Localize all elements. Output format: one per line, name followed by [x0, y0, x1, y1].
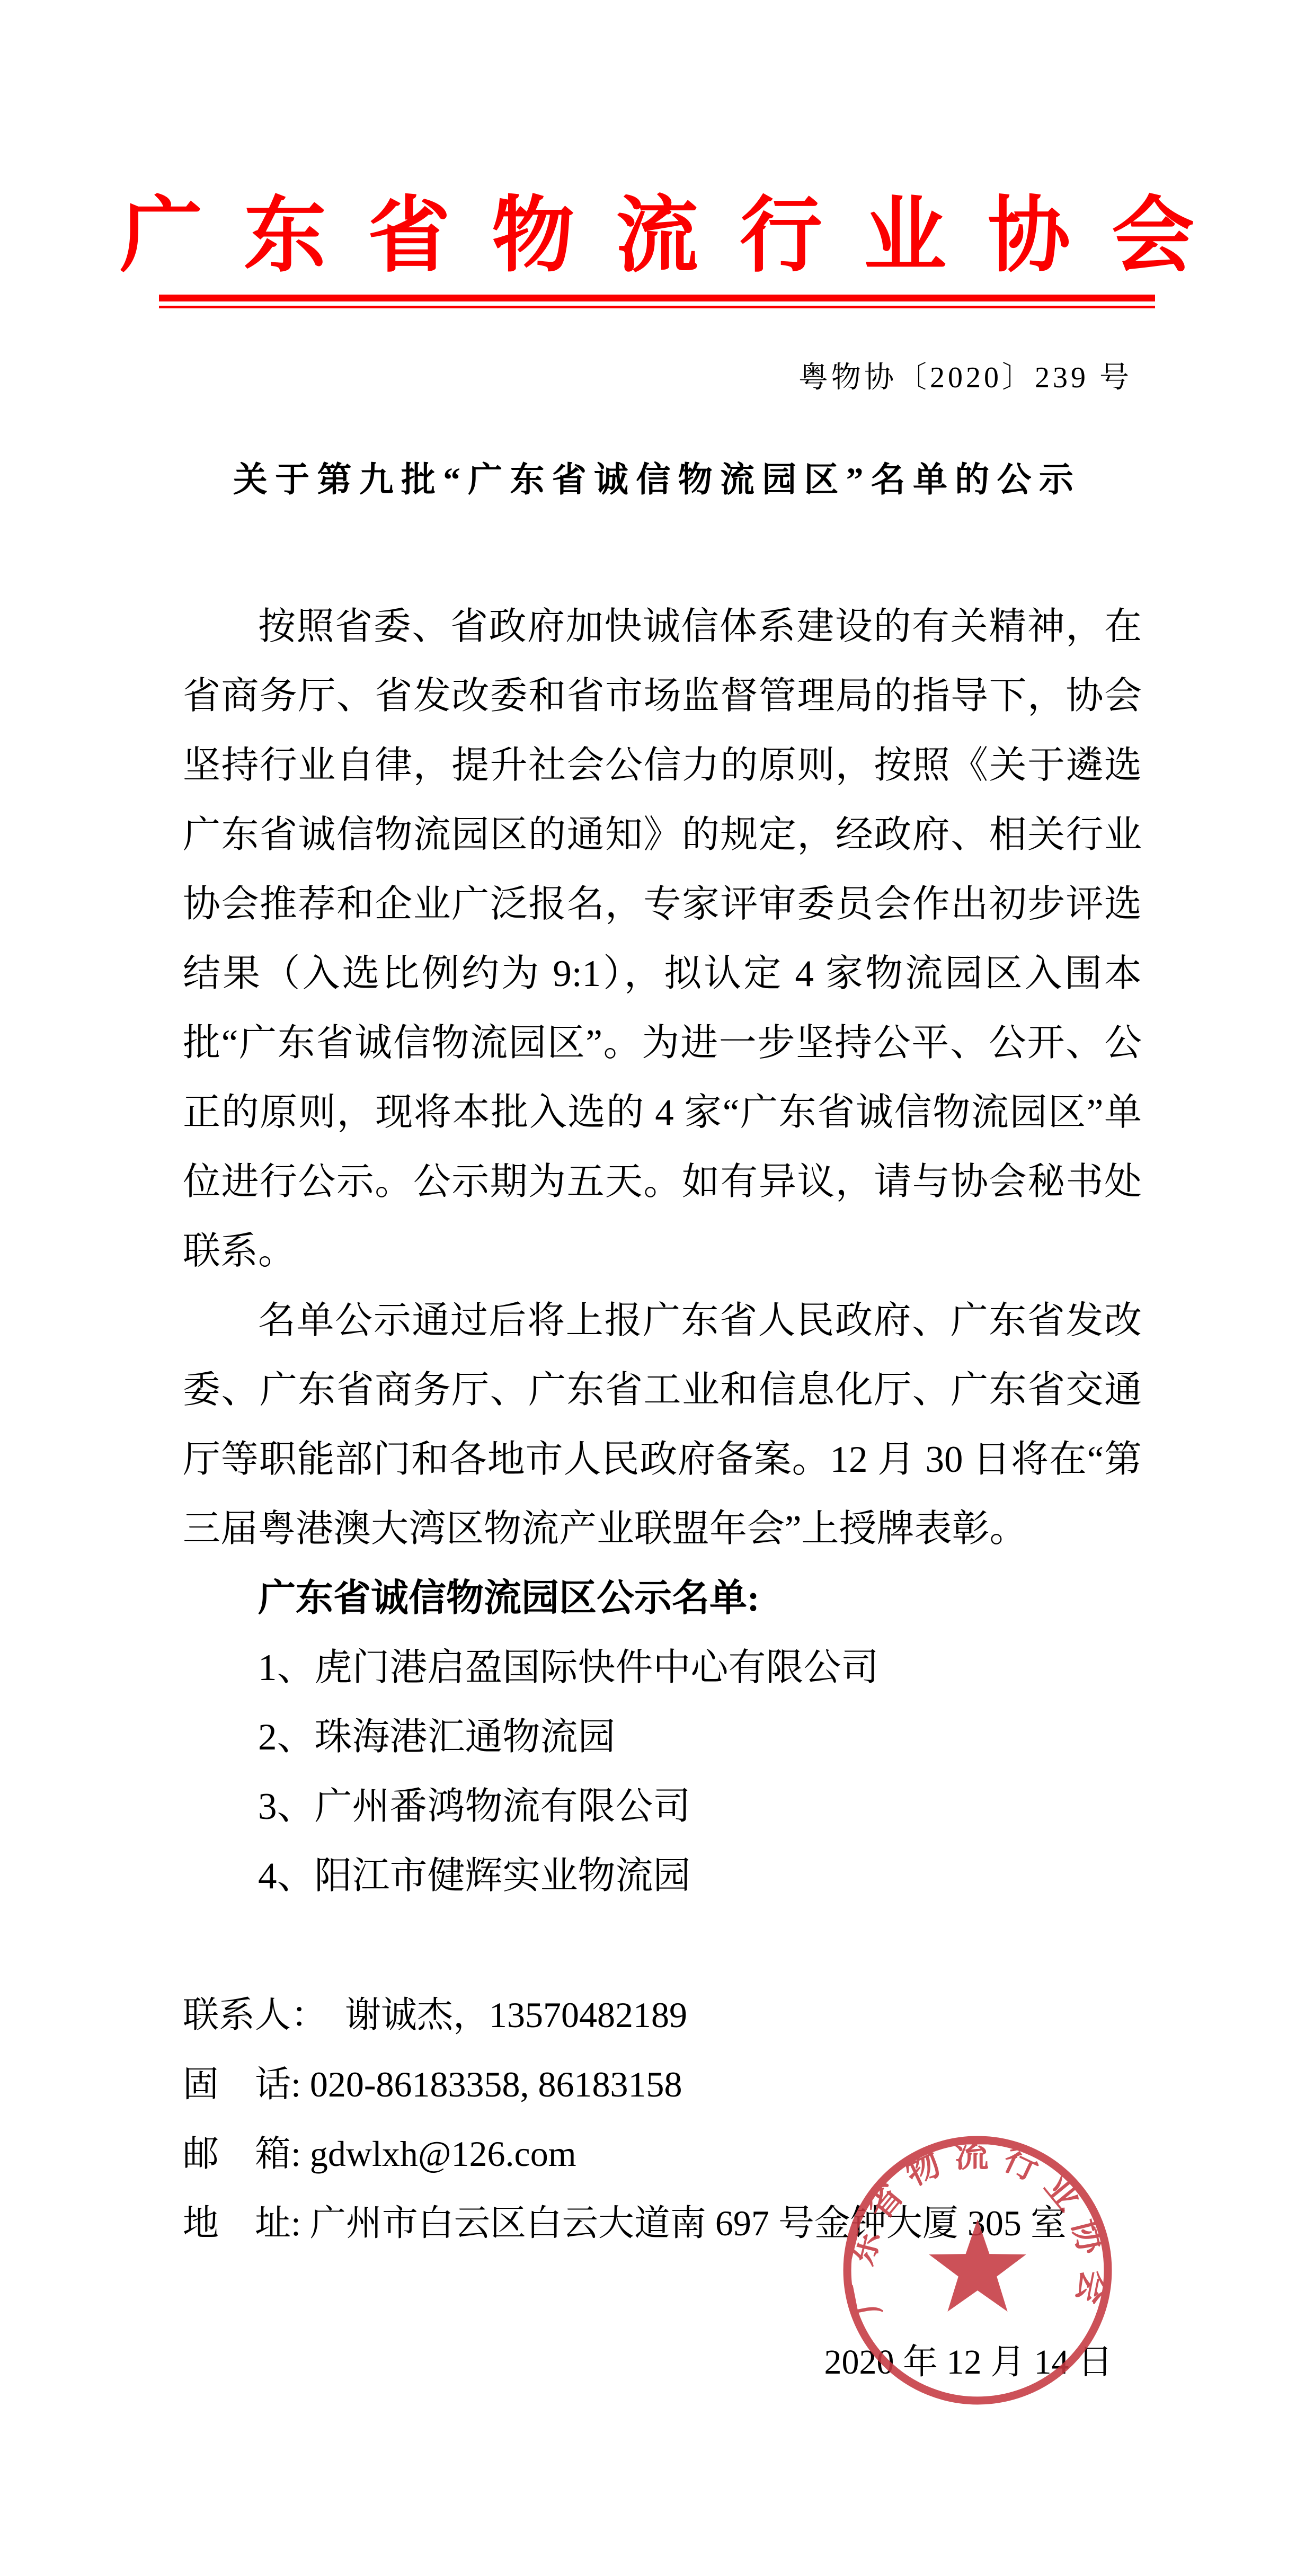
list-item-3: 3、广州番鸿物流有限公司 [183, 1772, 1142, 1842]
blank-line [183, 1911, 1142, 1980]
paragraph-1: 按照省委、省政府加快诚信体系建设的有关精神，在省商务厅、省发改委和省市场监督管理… [183, 592, 1142, 1286]
doc-number: 粤物协〔2020〕239 号 [798, 354, 1132, 396]
list-item-4: 4、阳江市健辉实业物流园 [183, 1842, 1142, 1911]
document-body: 按照省委、省政府加快诚信体系建设的有关精神，在省商务厅、省发改委和省市场监督管理… [183, 592, 1142, 2397]
org-title: 广东省物流行业协会 [0, 168, 1314, 288]
paragraph-2: 名单公示通过后将上报广东省人民政府、广东省发改委、广东省商务厅、广东省工业和信息… [183, 1286, 1142, 1564]
contact-phone: 固 话: 020-86183358, 86183158 [183, 2050, 1142, 2119]
contact-person: 联系人： 谢诚杰，13570482189 [183, 1980, 1142, 2050]
list-item-2: 2、珠海港汇通物流园 [183, 1703, 1142, 1772]
list-heading: 广东省诚信物流园区公示名单: [183, 1564, 1142, 1633]
contact-address: 地 址: 广州市白云区白云大道南 697 号金钟大厦 305 室 [183, 2189, 1142, 2258]
contact-email: 邮 箱: gdwlxh@126.com [183, 2119, 1142, 2189]
date-line: 2020 年 12 月 14 日 [183, 2328, 1142, 2397]
document-page: 广东省物流行业协会 粤物协〔2020〕239 号 关于第九批“广东省诚信物流园区… [0, 0, 1314, 2576]
list-item-1: 1、虎门港启盈国际快件中心有限公司 [183, 1633, 1142, 1703]
doc-title: 关于第九批“广东省诚信物流园区”名单的公示 [0, 451, 1314, 501]
red-divider [159, 295, 1155, 308]
